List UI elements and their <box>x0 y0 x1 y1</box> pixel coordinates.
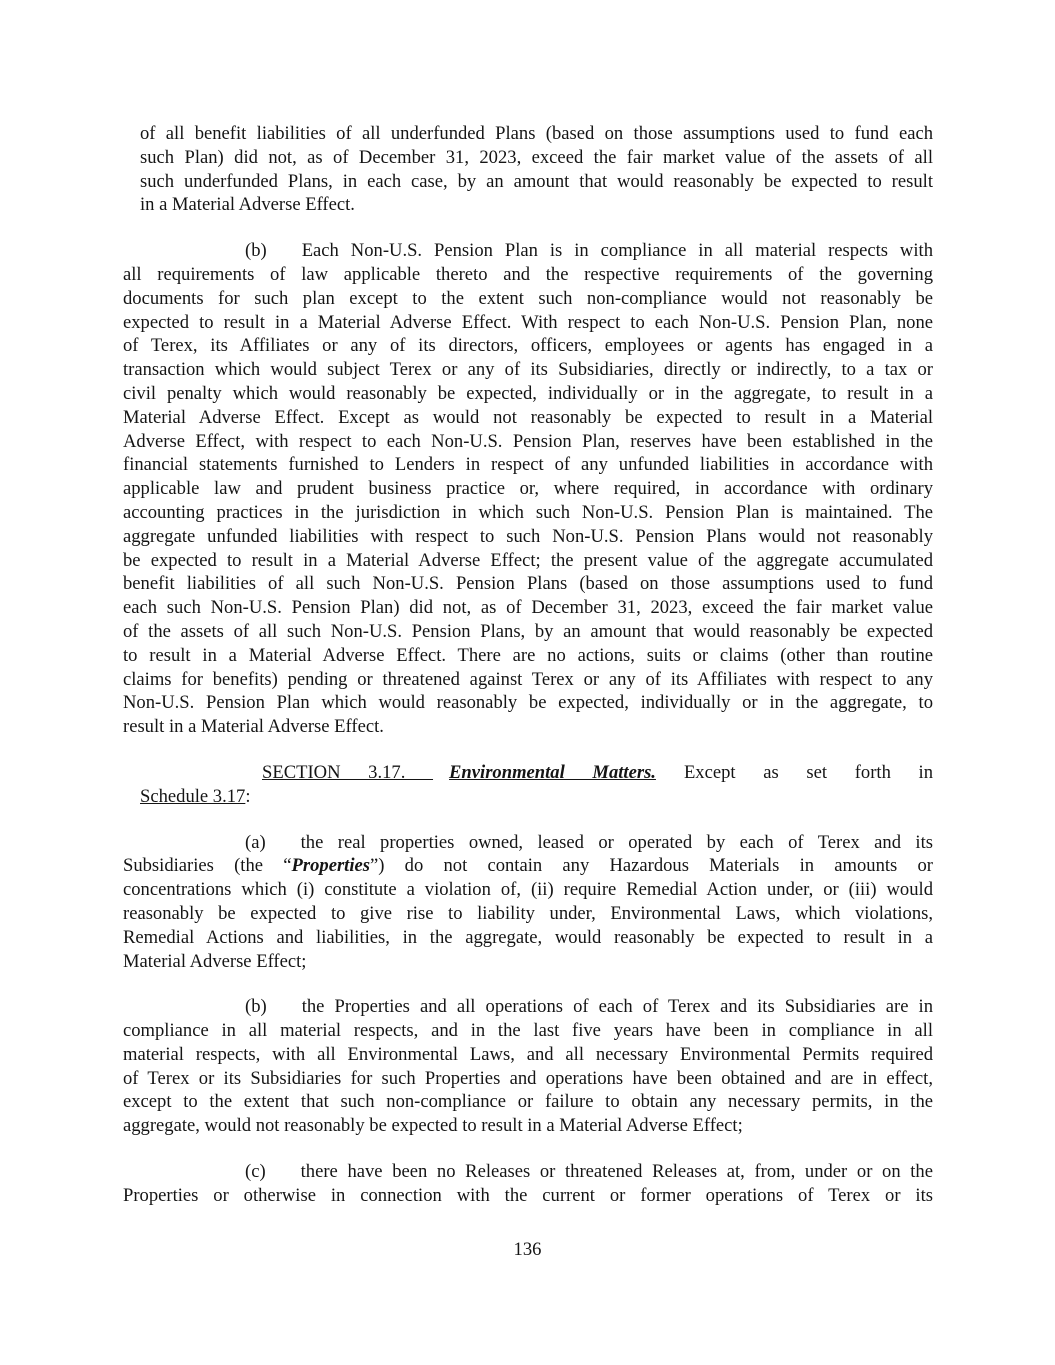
text-segment: there have been no Releases or threatene… <box>301 1161 933 1182</box>
text-segment: financial statements furnished to Lender… <box>123 454 933 475</box>
text-segment: ”) do not contain any Hazardous Material… <box>370 855 933 876</box>
text-line: claims for benefits) pending or threaten… <box>123 668 933 692</box>
text-line: material respects, with all Environmenta… <box>123 1043 933 1067</box>
text-segment: (a) <box>245 832 266 853</box>
para-c-releases: (c)there have been no Releases or threat… <box>123 1160 933 1208</box>
text-segment: Environmental Matters. <box>449 762 656 783</box>
text-segment: (b) <box>245 240 267 261</box>
tab-spacer <box>266 847 301 848</box>
text-line: except to the extent that such non-compl… <box>123 1090 933 1114</box>
text-segment: accounting practices in the jurisdiction… <box>123 502 933 523</box>
text-line: Material Adverse Effect; <box>123 950 933 974</box>
text-segment: Material Adverse Effect. Except as would… <box>123 407 933 428</box>
text-segment: material respects, with all Environmenta… <box>123 1044 933 1065</box>
text-line: civil penalty which would reasonably be … <box>123 382 933 406</box>
document-page: { "page": { "width": 1055, "height": 136… <box>0 0 1055 1365</box>
text-segment: Non-U.S. Pension Plan which would reason… <box>123 692 933 713</box>
tab-spacer <box>267 1011 302 1012</box>
page-footer: 136 <box>0 1238 1055 1262</box>
text-line: Properties or otherwise in connection wi… <box>123 1184 933 1208</box>
text-line: of Terex, its Affiliates or any of its d… <box>123 334 933 358</box>
text-segment: the real properties owned, leased or ope… <box>301 832 933 853</box>
text-segment: reasonably be expected to give rise to l… <box>123 903 933 924</box>
text-line: Non-U.S. Pension Plan which would reason… <box>123 691 933 715</box>
para-a-properties-hazardous-materials: (a)the real properties owned, leased or … <box>123 831 933 974</box>
text-segment: of all benefit liabilities of all underf… <box>140 123 933 144</box>
text-segment: Schedule 3.17 <box>140 786 245 807</box>
text-line: such underfunded Plans, in each case, by… <box>140 170 933 194</box>
text-line: applicable law and prudent business prac… <box>123 477 933 501</box>
text-line: aggregate, would not reasonably be expec… <box>123 1114 933 1138</box>
text-segment: concentrations which (i) constitute a vi… <box>123 879 933 900</box>
text-segment: result in a Material Adverse Effect. <box>123 716 384 737</box>
text-segment: be expected to result in a Material Adve… <box>123 550 933 571</box>
text-segment: Each Non-U.S. Pension Plan is in complia… <box>302 240 933 261</box>
tab-spacer <box>266 1176 301 1177</box>
text-line: to result in a Material Adverse Effect. … <box>123 644 933 668</box>
text-segment: (c) <box>245 1161 266 1182</box>
text-line: Schedule 3.17: <box>140 785 933 809</box>
text-line: Adverse Effect, with respect to each Non… <box>123 430 933 454</box>
text-segment: SECTION 3.17. <box>262 762 433 783</box>
text-line: result in a Material Adverse Effect. <box>123 715 933 739</box>
para-b-environmental-compliance: (b)the Properties and all operations of … <box>123 995 933 1138</box>
text-segment: Adverse Effect, with respect to each Non… <box>123 431 933 452</box>
text-segment: applicable law and prudent business prac… <box>123 478 933 499</box>
text-line: SECTION 3.17. Environmental Matters.Exce… <box>140 761 933 785</box>
text-line: expected to result in a Material Adverse… <box>123 311 933 335</box>
text-segment: claims for benefits) pending or threaten… <box>123 669 933 690</box>
text-line: concentrations which (i) constitute a vi… <box>123 878 933 902</box>
text-segment: such Plan) did not, as of December 31, 2… <box>140 147 933 168</box>
tab-spacer <box>433 777 449 778</box>
text-line: benefit liabilities of all such Non-U.S.… <box>123 572 933 596</box>
text-line: of all benefit liabilities of all underf… <box>140 122 933 146</box>
para-b-non-us-pension-plan: (b)Each Non-U.S. Pension Plan is in comp… <box>123 239 933 739</box>
text-segment: Subsidiaries (the “ <box>123 855 292 876</box>
text-segment: each such Non-U.S. Pension Plan) did not… <box>123 597 933 618</box>
text-segment: of Terex or its Subsidiaries for such Pr… <box>123 1068 933 1089</box>
text-segment: benefit liabilities of all such Non-U.S.… <box>123 573 933 594</box>
text-line: transaction which would subject Terex or… <box>123 358 933 382</box>
text-line: in a Material Adverse Effect. <box>140 193 933 217</box>
page-number: 136 <box>514 1239 542 1260</box>
text-segment: in a Material Adverse Effect. <box>140 194 355 215</box>
text-segment: aggregate, would not reasonably be expec… <box>123 1115 743 1136</box>
text-line: each such Non-U.S. Pension Plan) did not… <box>123 596 933 620</box>
text-line: financial statements furnished to Lender… <box>123 453 933 477</box>
tab-spacer <box>267 255 302 256</box>
text-segment: Except as set forth in <box>684 762 933 783</box>
text-line: reasonably be expected to give rise to l… <box>123 902 933 926</box>
para-underfunded-plans-continuation: of all benefit liabilities of all underf… <box>140 122 933 217</box>
heading-section-3-17-environmental-matters: SECTION 3.17. Environmental Matters.Exce… <box>140 761 933 809</box>
text-segment: expected to result in a Material Adverse… <box>123 312 933 333</box>
text-line: (b)Each Non-U.S. Pension Plan is in comp… <box>123 239 933 263</box>
text-line: Material Adverse Effect. Except as would… <box>123 406 933 430</box>
text-segment: such underfunded Plans, in each case, by… <box>140 171 933 192</box>
text-line: be expected to result in a Material Adve… <box>123 549 933 573</box>
text-segment: the Properties and all operations of eac… <box>302 996 933 1017</box>
text-line: aggregate unfunded liabilities with resp… <box>123 525 933 549</box>
text-segment: all requirements of law applicable there… <box>123 264 933 285</box>
text-segment: compliance in all material respects, and… <box>123 1020 933 1041</box>
text-segment: to result in a Material Adverse Effect. … <box>123 645 933 666</box>
text-segment: transaction which would subject Terex or… <box>123 359 933 380</box>
text-line: accounting practices in the jurisdiction… <box>123 501 933 525</box>
text-line: Remedial Actions and liabilities, in the… <box>123 926 933 950</box>
text-segment: civil penalty which would reasonably be … <box>123 383 933 404</box>
text-line: of the assets of all such Non-U.S. Pensi… <box>123 620 933 644</box>
text-line: such Plan) did not, as of December 31, 2… <box>140 146 933 170</box>
text-segment: of Terex, its Affiliates or any of its d… <box>123 335 933 356</box>
tab-spacer <box>656 777 684 778</box>
text-line: all requirements of law applicable there… <box>123 263 933 287</box>
text-segment: Properties <box>292 855 371 876</box>
text-line: documents for such plan except to the ex… <box>123 287 933 311</box>
text-segment: of the assets of all such Non-U.S. Pensi… <box>123 621 933 642</box>
text-segment: documents for such plan except to the ex… <box>123 288 933 309</box>
document-body: of all benefit liabilities of all underf… <box>123 122 933 1208</box>
text-segment: : <box>245 786 250 807</box>
text-segment: (b) <box>245 996 267 1017</box>
text-line: (a)the real properties owned, leased or … <box>123 831 933 855</box>
text-line: (c)there have been no Releases or threat… <box>123 1160 933 1184</box>
text-line: compliance in all material respects, and… <box>123 1019 933 1043</box>
text-line: of Terex or its Subsidiaries for such Pr… <box>123 1067 933 1091</box>
text-segment: except to the extent that such non-compl… <box>123 1091 933 1112</box>
text-segment: Properties or otherwise in connection wi… <box>123 1185 933 1206</box>
text-segment: Material Adverse Effect; <box>123 951 306 972</box>
text-segment: aggregate unfunded liabilities with resp… <box>123 526 933 547</box>
text-segment: Remedial Actions and liabilities, in the… <box>123 927 933 948</box>
text-line: Subsidiaries (the “Properties”) do not c… <box>123 854 933 878</box>
text-line: (b)the Properties and all operations of … <box>123 995 933 1019</box>
